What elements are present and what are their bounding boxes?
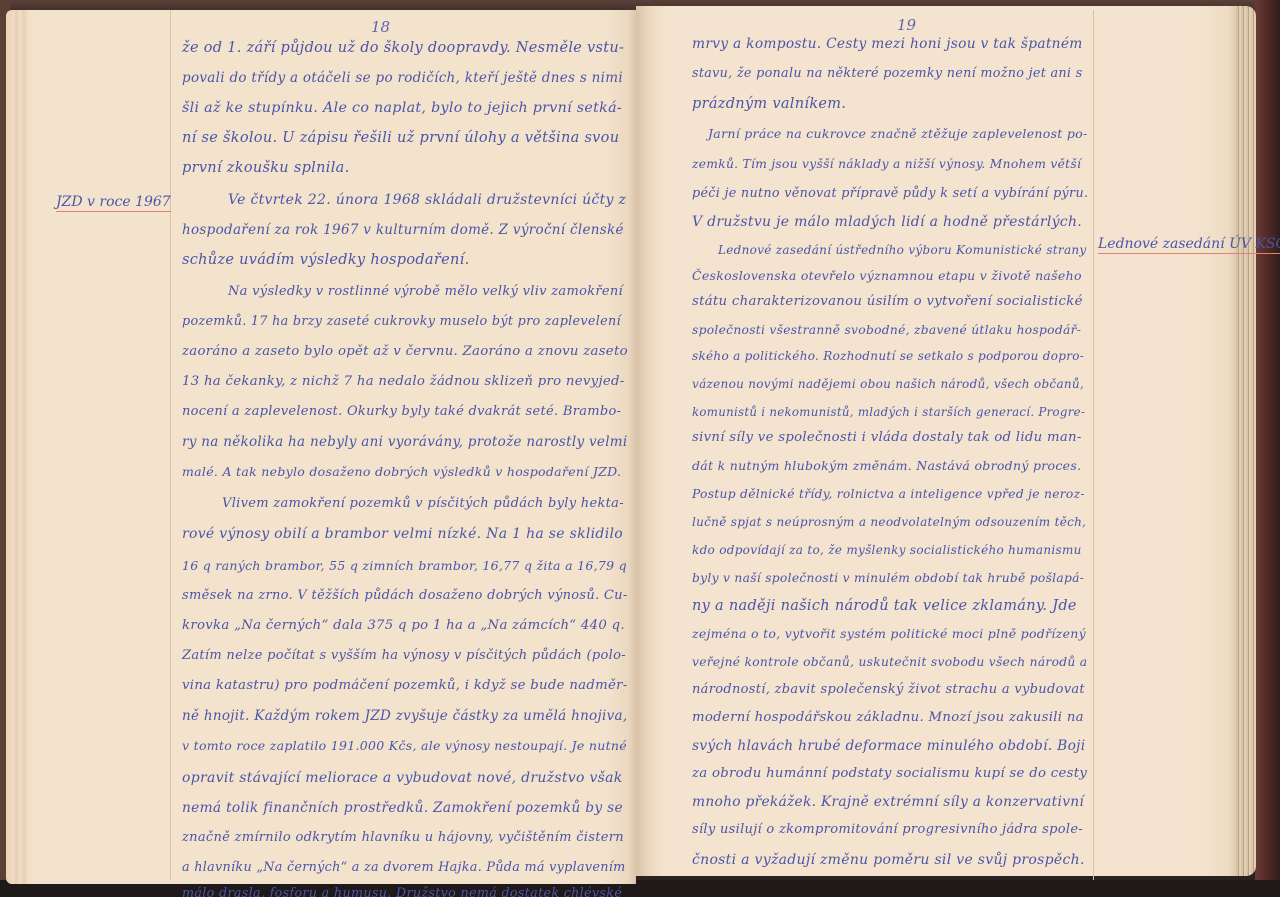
text-line: V družstvu je málo mladých lidí a hodně … [692, 212, 1082, 232]
text-line: ry na několika ha nebyly ani vyorávány, … [182, 432, 628, 452]
text-line: první zkoušku splnila. [182, 158, 350, 178]
text-line: krovka „Na černých“ dala 375 q po 1 ha a… [182, 616, 625, 636]
text-line: Zatím nelze počítat s vyšším ha výnosy v… [182, 646, 626, 666]
text-line: směsek na zrno. V těžších půdách dosažen… [182, 586, 628, 606]
text-line: Ve čtvrtek 22. února 1968 skládali družs… [228, 190, 626, 210]
text-line: Lednové zasedání ústředního výboru Komun… [718, 240, 1087, 260]
text-line: mnoho překážek. Krajně extrémní síly a k… [692, 792, 1084, 812]
text-line: rové výnosy obilí a brambor velmi nízké.… [182, 524, 623, 544]
text-line: péči je nutno věnovat přípravě půdy k se… [692, 184, 1088, 204]
text-line: Československa otevřelo významnou etapu … [692, 266, 1082, 286]
text-line: ny a naději našich národů tak velice zkl… [692, 596, 1077, 616]
text-line: v tomto roce zaplatilo 191.000 Kčs, ale … [182, 736, 627, 756]
page-number-right: 19 [897, 16, 916, 34]
text-line: ského a politického. Rozhodnutí se setka… [692, 346, 1084, 366]
page-edges [1236, 6, 1256, 876]
text-line: moderní hospodářskou základnu. Mnozí jso… [692, 708, 1084, 728]
page-number-left: 18 [371, 18, 390, 36]
text-line: prázdným valníkem. [692, 94, 846, 114]
right-page-margin-line [1093, 10, 1094, 880]
text-line: že od 1. září půjdou už do školy dooprav… [182, 38, 624, 58]
text-line: a hlavníku „Na černých“ a za dvorem Hajk… [182, 858, 626, 878]
text-line: Na výsledky v rostlinné výrobě mělo velk… [228, 282, 623, 302]
text-line: národností, zbavit společenský život str… [692, 680, 1085, 700]
text-line: za obrodu humánní podstaty socialismu ku… [692, 764, 1087, 784]
book-cover-right [1255, 0, 1280, 897]
text-line: nocení a zaplevelenost. Okurky byly také… [182, 402, 621, 422]
text-line: málo drasla, fosforu a humusu. Družstvo … [182, 884, 622, 897]
text-line: nemá tolik finančních prostředků. Zamokř… [182, 798, 623, 818]
text-line: Jarní práce na cukrovce značně ztěžuje z… [708, 124, 1088, 144]
text-line: schůze uvádím výsledky hospodaření. [182, 250, 469, 270]
text-line: 13 ha čekanky, z nichž 7 ha nedalo žádno… [182, 372, 625, 392]
text-line: povali do třídy a otáčeli se po rodičích… [182, 68, 623, 88]
text-line: opravit stávající meliorace a vybudovat … [182, 768, 623, 788]
text-line: komunistů i nekomunistů, mladých i starš… [692, 402, 1085, 422]
text-line: mrvy a kompostu. Cesty mezi honi jsou v … [692, 34, 1083, 54]
text-line: veřejné kontrole občanů, uskutečnit svob… [692, 652, 1087, 672]
text-line: stavu, že ponalu na některé pozemky není… [692, 64, 1082, 84]
text-line: zaoráno a zaseto bylo opět až v červnu. … [182, 342, 628, 362]
text-line: malé. A tak nebylo dosaženo dobrých výsl… [182, 462, 621, 482]
text-line: hospodaření za rok 1967 v kulturním domě… [182, 220, 624, 240]
text-line: svých hlavách hrubé deformace minulého o… [692, 736, 1085, 756]
text-line: zejména o to, vytvořit systém politické … [692, 624, 1086, 644]
margin-note-left: JZD v roce 1967 [56, 194, 171, 212]
text-line: Vlivem zamokření pozemků v písčitých půd… [222, 494, 624, 514]
text-line: ní se školou. U zápisu řešili už první ú… [182, 128, 619, 148]
left-page-margin-line [170, 10, 171, 880]
text-line: kdo odpovídají za to, že myšlenky social… [692, 540, 1082, 560]
text-line: 16 q raných brambor, 55 q zimních brambo… [182, 556, 627, 576]
text-line: čnosti a vyžadují změnu poměru sil ve sv… [692, 850, 1085, 870]
text-line: Postup dělnické třídy, rolnictva a intel… [692, 484, 1085, 504]
text-line: vázenou novými nadějemi obou našich náro… [692, 374, 1084, 394]
text-line: státu charakterizovanou úsilím o vytvoře… [692, 292, 1083, 312]
text-line: šli až ke stupínku. Ale co naplat, bylo … [182, 98, 622, 118]
text-line: značně zmírnilo odkrytím hlavníku u hájo… [182, 828, 624, 848]
text-line: síly usilují o zkompromitování progresiv… [692, 820, 1083, 840]
margin-note-right: Lednové zasedání ÚV KSČ [1098, 236, 1280, 254]
text-line: lučně spjat s neúprosným a neodvolatelný… [692, 512, 1086, 532]
text-line: společnosti všestranně svobodné, zbavené… [692, 320, 1081, 340]
text-line: sivní síly ve společnosti i vláda dostal… [692, 428, 1082, 448]
text-line: byly v naší společnosti v minulém období… [692, 568, 1084, 588]
text-line: vina katastru) pro podmáčení pozemků, i … [182, 676, 628, 696]
text-line: dát k nutným hlubokým změnám. Nastává ob… [692, 456, 1081, 476]
text-line: zemků. Tím jsou vyšší náklady a nižší vý… [692, 154, 1081, 174]
text-line: pozemků. 17 ha brzy zaseté cukrovky muse… [182, 312, 621, 332]
text-line: ně hnojit. Každým rokem JZD zvyšuje část… [182, 706, 627, 726]
